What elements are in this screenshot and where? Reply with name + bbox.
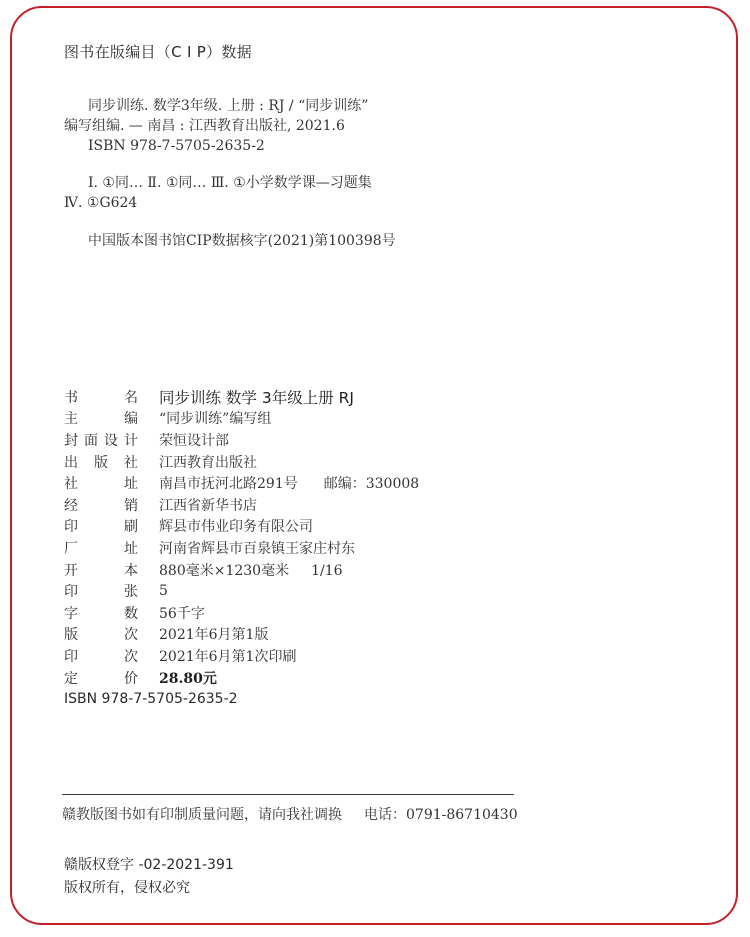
info-row-sheets: 印 张 5 [64, 580, 419, 602]
copyright-registration: 赣版权登字 -02-2021-391 [64, 854, 234, 874]
factory-address-value: 河南省辉县市百泉镇王家庄村东 [159, 538, 355, 558]
info-label: 社 址 [64, 473, 138, 493]
isbn-line: ISBN 978-7-5705-2635-2 [64, 688, 419, 710]
cip-classification: Ⅰ. ①同… Ⅱ. ①同… Ⅲ. ①小学数学课—习题集 Ⅳ. ①G624 [64, 173, 372, 213]
info-row-word-count: 字 数 56千字 [64, 602, 419, 624]
price-value: 28.80元 [159, 668, 217, 688]
info-label: 封 面 设 计 [64, 430, 138, 450]
info-row-editor: 主 编 “同步训练”编写组 [64, 408, 419, 430]
editor-value: “同步训练”编写组 [159, 408, 271, 428]
info-label: 厂 址 [64, 538, 138, 558]
info-label: 版 次 [64, 624, 138, 644]
info-row-printer: 印 刷 辉县市伟业印务有限公司 [64, 516, 419, 538]
info-row-format: 开 本 880毫米×1230毫米1/16 [64, 559, 419, 581]
book-title-value: 同步训练 数学 3年级上册 RJ [159, 386, 354, 408]
info-label: 开 本 [64, 560, 138, 580]
cip-verification-number: 中国版本图书馆CIP数据核字(2021)第100398号 [64, 231, 396, 251]
info-label: 定 价 [64, 668, 138, 688]
info-row-price: 定 价 28.80元 [64, 667, 419, 689]
printer-value: 辉县市伟业印务有限公司 [159, 516, 313, 536]
postcode: 邮编：330008 [324, 476, 419, 492]
info-row-publisher: 出 版 社 江西教育出版社 [64, 451, 419, 473]
info-row-printing: 印 次 2021年6月第1次印刷 [64, 645, 419, 667]
info-label: 主 编 [64, 408, 138, 428]
address-value: 南昌市抚河北路291号邮编：330008 [159, 473, 419, 493]
info-label: 印 次 [64, 646, 138, 666]
cip-heading: 图书在版编目（C I P）数据 [64, 41, 252, 62]
publisher-value: 江西教育出版社 [159, 452, 257, 472]
footer-divider [62, 794, 514, 795]
edition-value: 2021年6月第1版 [159, 624, 268, 644]
cip-isbn-line: ISBN 978-7-5705-2635-2 [64, 136, 368, 156]
info-row-title: 书 名 同步训练 数学 3年级上册 RJ [64, 386, 419, 408]
distributor-value: 江西省新华书店 [159, 495, 257, 515]
cip-class-number-line: Ⅳ. ①G624 [64, 193, 372, 213]
info-label: 印 张 [64, 581, 138, 601]
printing-value: 2021年6月第1次印刷 [159, 646, 296, 666]
info-row-address: 社 址 南昌市抚河北路291号邮编：330008 [64, 472, 419, 494]
quality-note: 赣教版图书如有印制质量问题，请向我社调换电话：0791-86710430 [62, 804, 518, 824]
info-label: 印 刷 [64, 516, 138, 536]
cip-editor-line: 编写组编. — 南昌 : 江西教育出版社, 2021.6 [64, 116, 368, 136]
book-info-table: 书 名 同步训练 数学 3年级上册 RJ 主 编 “同步训练”编写组 封 面 设… [64, 386, 419, 710]
sheets-value: 5 [159, 583, 168, 599]
word-count-value: 56千字 [159, 603, 205, 623]
info-label: 字 数 [64, 603, 138, 623]
cip-subject-line: Ⅰ. ①同… Ⅱ. ①同… Ⅲ. ①小学数学课—习题集 [64, 173, 372, 193]
info-row-distributor: 经 销 江西省新华书店 [64, 494, 419, 516]
info-label: 书 名 [64, 387, 138, 407]
rights-statement: 版权所有，侵权必究 [64, 877, 190, 897]
format-value: 880毫米×1230毫米1/16 [159, 560, 343, 580]
cover-design-value: 荣恒设计部 [159, 430, 229, 450]
cip-entry-main: 同步训练. 数学3年级. 上册 : RJ / “同步训练” 编写组编. — 南昌… [64, 96, 368, 156]
info-row-factory-address: 厂 址 河南省辉县市百泉镇王家庄村东 [64, 537, 419, 559]
info-label: 出 版 社 [64, 452, 138, 472]
cip-title-line: 同步训练. 数学3年级. 上册 : RJ / “同步训练” [64, 96, 368, 116]
format-fraction: 1/16 [311, 563, 342, 579]
quality-note-text: 赣教版图书如有印制质量问题，请向我社调换 [62, 807, 342, 823]
info-row-cover-design: 封 面 设 计 荣恒设计部 [64, 429, 419, 451]
phone-number: 电话：0791-86710430 [364, 807, 518, 823]
cip-verification: 中国版本图书馆CIP数据核字(2021)第100398号 [64, 231, 396, 251]
info-label: 经 销 [64, 495, 138, 515]
info-row-edition: 版 次 2021年6月第1版 [64, 624, 419, 646]
